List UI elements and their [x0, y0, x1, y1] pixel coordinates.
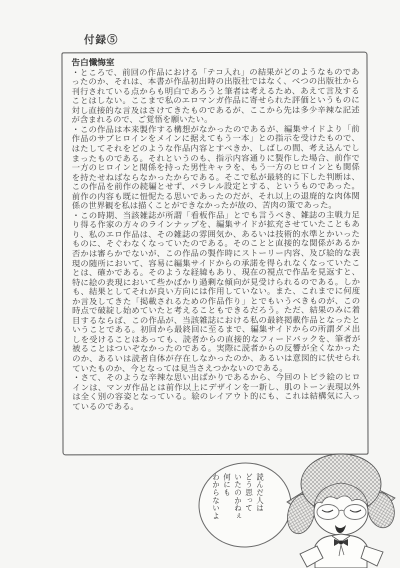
confession-paragraph: ・ところで、前回の作品における「テコ入れ」の結果がどのようなものであったのか、そ… — [72, 67, 360, 125]
confession-box: 告白懺悔室 ・ところで、前回の作品における「テコ入れ」の結果がどのようなものであ… — [61, 52, 368, 456]
page-title: 付録⑤ — [84, 32, 119, 47]
confession-paragraph: ・さて、そのような辛辣な思い出ばかりであるから、今回のトビラ絵のヒロインは、マン… — [72, 373, 360, 412]
torso — [315, 534, 367, 568]
scanned-book-page: 付録⑤ 告白懺悔室 ・ところで、前回の作品における「テコ入れ」の結果がどのような… — [0, 0, 400, 568]
ribbon-knot — [339, 541, 343, 545]
speech-bubble-text: 読んだ人は どう思って いたのかねぇ 何にも わからないよ — [211, 473, 266, 539]
confession-paragraph: ・この作品は本来製作する構想がなかったのであるが、編集サイドより「前作品のサブヒ… — [72, 124, 360, 211]
confession-paragraph: ・この時期、当該雑誌が所謂「看板作品」とでも言うべき、雑誌の主戦力足り得る作家の… — [72, 210, 360, 373]
chibi-character-illustration — [281, 446, 400, 568]
